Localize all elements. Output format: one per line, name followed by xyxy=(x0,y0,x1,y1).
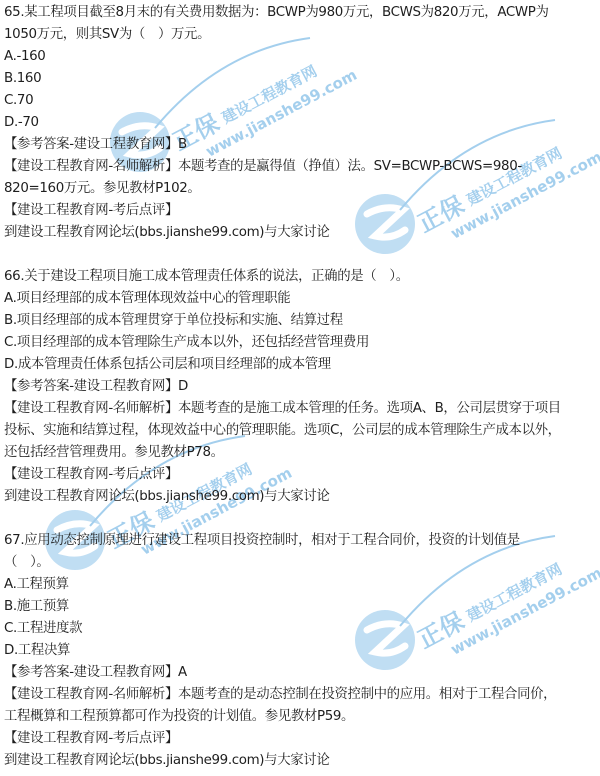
reference-answer: 【参考答案-建设工程教育网】D xyxy=(4,376,598,398)
expert-analysis: 【建设工程教育网-名师解析】本题考查的是赢得值（挣值）法。SV=BCWP-BCW… xyxy=(4,156,598,178)
question-67: 67.应用动态控制原理进行建设工程项目投资控制时，相对于工程合同价，投资的计划值… xyxy=(4,530,598,772)
forum-link[interactable]: 到建设工程教育网论坛(bbs.jianshe99.com)与大家讨论 xyxy=(4,222,598,244)
option-c: C.项目经理部的成本管理除生产成本以外，还包括经营管理费用 xyxy=(4,332,598,354)
exam-document: 65.某工程项目截至8月末的有关费用数据为：BCWP为980万元，BCWS为82… xyxy=(4,2,598,772)
option-d: D.成本管理责任体系包括公司层和项目经理部的成本管理 xyxy=(4,354,598,376)
expert-analysis: 投标、实施和结算过程，体现效益中心的管理职能。选项C，公司层的成本管理除生产成本… xyxy=(4,420,598,442)
reference-answer: 【参考答案-建设工程教育网】A xyxy=(4,662,598,684)
question-stem: 66.关于建设工程项目施工成本管理责任体系的说法，正确的是（ ）。 xyxy=(4,266,598,288)
comment-heading: 【建设工程教育网-考后点评】 xyxy=(4,728,598,750)
comment-heading: 【建设工程教育网-考后点评】 xyxy=(4,200,598,222)
option-b: B.施工预算 xyxy=(4,596,598,618)
reference-answer: 【参考答案-建设工程教育网】B xyxy=(4,134,598,156)
forum-link[interactable]: 到建设工程教育网论坛(bbs.jianshe99.com)与大家讨论 xyxy=(4,750,598,772)
forum-link[interactable]: 到建设工程教育网论坛(bbs.jianshe99.com)与大家讨论 xyxy=(4,486,598,508)
expert-analysis: 【建设工程教育网-名师解析】本题考查的是施工成本管理的任务。选项A、B，公司层贯… xyxy=(4,398,598,420)
option-a: A.工程预算 xyxy=(4,574,598,596)
option-a: A.-160 xyxy=(4,46,598,68)
question-65: 65.某工程项目截至8月末的有关费用数据为：BCWP为980万元，BCWS为82… xyxy=(4,2,598,244)
option-c: C.70 xyxy=(4,90,598,112)
spacer xyxy=(4,244,598,266)
option-d: D.工程决算 xyxy=(4,640,598,662)
question-stem: 67.应用动态控制原理进行建设工程项目投资控制时，相对于工程合同价，投资的计划值… xyxy=(4,530,598,552)
option-b: B.项目经理部的成本管理贯穿于单位投标和实施、结算过程 xyxy=(4,310,598,332)
comment-heading: 【建设工程教育网-考后点评】 xyxy=(4,464,598,486)
option-b: B.160 xyxy=(4,68,598,90)
expert-analysis: 820=160万元。参见教材P102。 xyxy=(4,178,598,200)
spacer xyxy=(4,508,598,530)
expert-analysis: 还包括经营管理费用。参见教材P78。 xyxy=(4,442,598,464)
option-a: A.项目经理部的成本管理体现效益中心的管理职能 xyxy=(4,288,598,310)
option-c: C.工程进度款 xyxy=(4,618,598,640)
expert-analysis: 【建设工程教育网-名师解析】本题考查的是动态控制在投资控制中的应用。相对于工程合… xyxy=(4,684,598,706)
question-stem: 1050万元，则其SV为（ ）万元。 xyxy=(4,24,598,46)
question-stem: 65.某工程项目截至8月末的有关费用数据为：BCWP为980万元，BCWS为82… xyxy=(4,2,598,24)
question-66: 66.关于建设工程项目施工成本管理责任体系的说法，正确的是（ ）。 A.项目经理… xyxy=(4,266,598,508)
option-d: D.-70 xyxy=(4,112,598,134)
question-stem: （ ）。 xyxy=(4,552,598,574)
expert-analysis: 工程概算和工程预算都可作为投资的计划值。参见教材P59。 xyxy=(4,706,598,728)
